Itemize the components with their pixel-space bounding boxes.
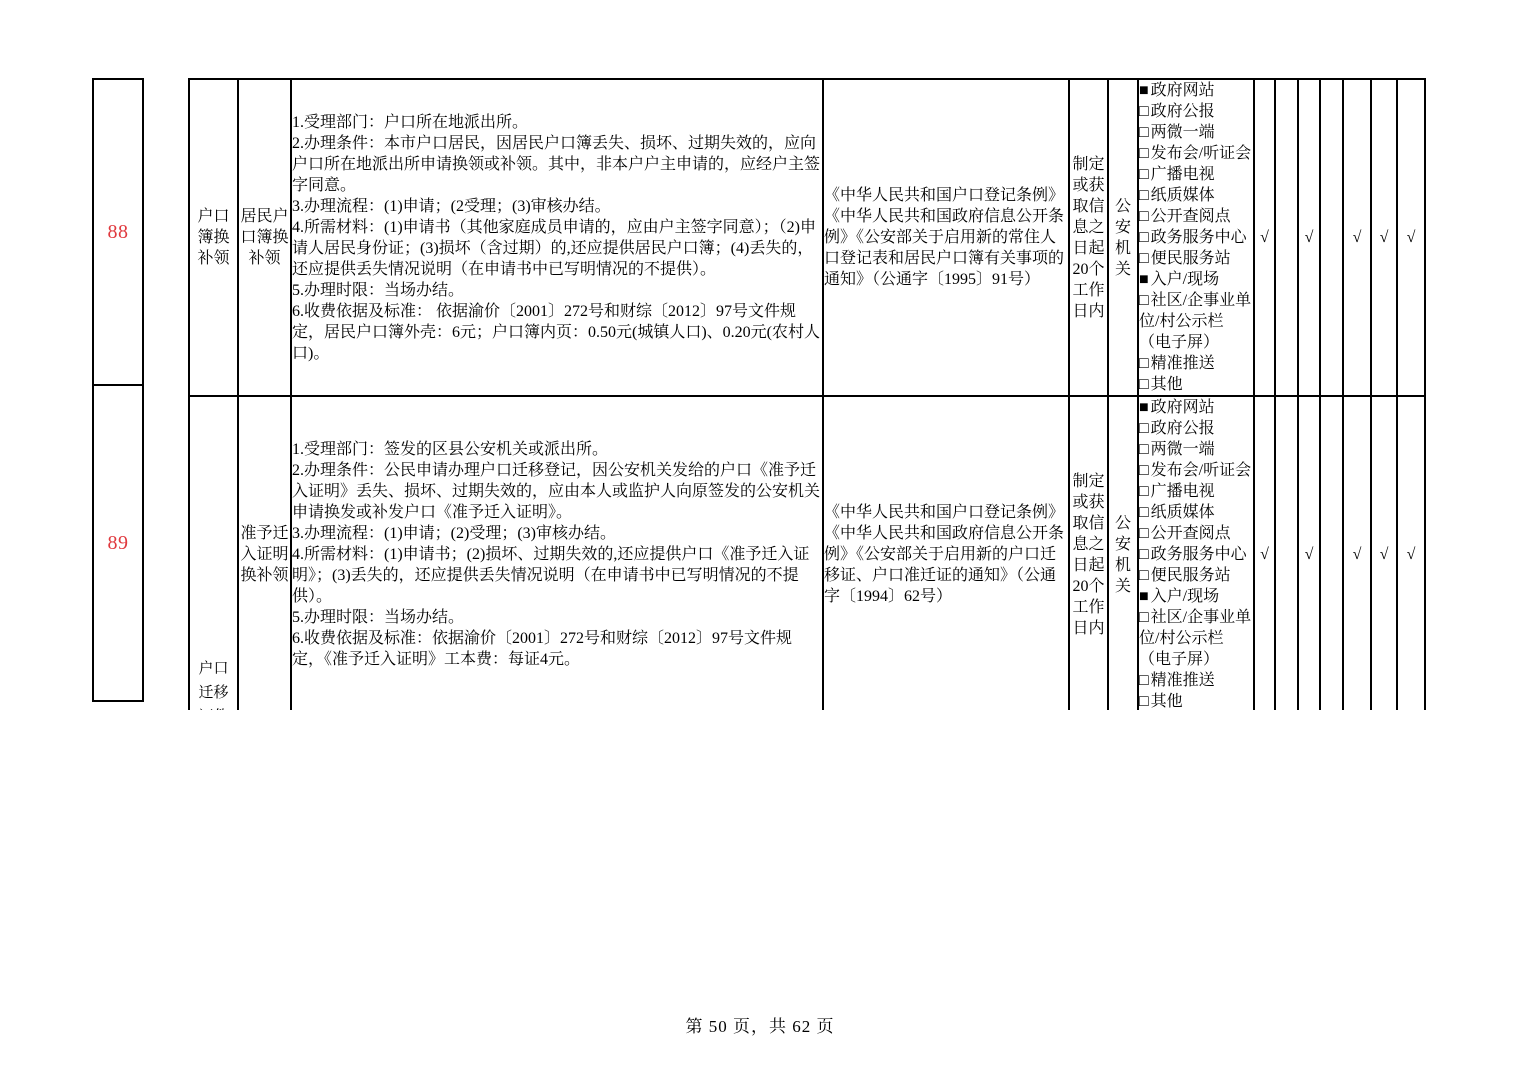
checkbox-unchecked-icon: □ bbox=[1139, 525, 1149, 542]
channel-item: □精准推送 bbox=[1139, 670, 1253, 691]
agency-cell: 公安机关 bbox=[1108, 396, 1138, 710]
procedure-line: 2.办理条件：本市户口居民，因居民户口簿丢失、损坏、过期失效的，应向户口所在地派… bbox=[292, 133, 822, 196]
procedure-line: 1.受理部门：户口所在地派出所。 bbox=[292, 112, 822, 133]
channel-label: 社区/企事业单位/村公示栏（电子屏） bbox=[1139, 609, 1251, 668]
checkbox-unchecked-icon: □ bbox=[1139, 103, 1149, 120]
channel-label: 政府网站 bbox=[1151, 399, 1215, 416]
page-footer: 第 50 页，共 62 页 bbox=[0, 1012, 1520, 1037]
procedure-line: 2.办理条件：公民申请办理户口迁移登记，因公安机关发给的户口《准予迁入证明》丢失… bbox=[292, 460, 822, 523]
checkmark-cell bbox=[1275, 79, 1298, 396]
channels-cell: ■政府网站□政府公报□两微一端□发布会/听证会□广播电视□纸质媒体□公开查阅点□… bbox=[1138, 79, 1254, 396]
channel-label: 发布会/听证会 bbox=[1151, 145, 1251, 162]
channel-item: □社区/企事业单位/村公示栏（电子屏） bbox=[1139, 607, 1253, 670]
procedure-cell: 1.受理部门：签发的区县公安机关或派出所。2.办理条件：公民申请办理户口迁移登记… bbox=[291, 396, 823, 710]
checkbox-checked-icon: ■ bbox=[1139, 271, 1149, 288]
channel-item: □便民服务站 bbox=[1139, 565, 1253, 586]
channel-label: 政府网站 bbox=[1151, 82, 1215, 99]
subcategory-cell: 居民户口簿换补领 bbox=[238, 79, 291, 396]
checkbox-unchecked-icon: □ bbox=[1139, 229, 1149, 246]
checkmark-cell: √ bbox=[1343, 396, 1371, 710]
checkbox-unchecked-icon: □ bbox=[1139, 567, 1149, 584]
checkmark-cell: √ bbox=[1298, 396, 1320, 710]
channel-label: 两微一端 bbox=[1151, 124, 1215, 141]
service-table-wrap: 户口簿换补领 居民户口簿换补领 1.受理部门：户口所在地派出所。2.办理条件：本… bbox=[188, 78, 1428, 710]
checkmark-cell: √ bbox=[1397, 79, 1425, 396]
checkbox-unchecked-icon: □ bbox=[1139, 483, 1149, 500]
checkbox-unchecked-icon: □ bbox=[1139, 504, 1149, 521]
row-number-column: 88 89 bbox=[92, 78, 144, 702]
checkbox-unchecked-icon: □ bbox=[1139, 124, 1149, 141]
channel-label: 政府公报 bbox=[1151, 420, 1215, 437]
channel-label: 其他 bbox=[1151, 693, 1183, 710]
channel-item: □便民服务站 bbox=[1139, 248, 1253, 269]
channel-item: ■入户/现场 bbox=[1139, 269, 1253, 290]
procedure-line: 1.受理部门：签发的区县公安机关或派出所。 bbox=[292, 439, 822, 460]
checkbox-unchecked-icon: □ bbox=[1139, 672, 1149, 689]
channel-label: 政务服务中心 bbox=[1151, 546, 1247, 563]
checkbox-checked-icon: ■ bbox=[1139, 82, 1149, 99]
channel-item: □政务服务中心 bbox=[1139, 544, 1253, 565]
checkbox-unchecked-icon: □ bbox=[1139, 441, 1149, 458]
procedure-line: 5.办理时限：当场办结。 bbox=[292, 280, 822, 301]
checkmark-cell: √ bbox=[1254, 79, 1275, 396]
checkbox-unchecked-icon: □ bbox=[1139, 462, 1149, 479]
procedure-cell: 1.受理部门：户口所在地派出所。2.办理条件：本市户口居民，因居民户口簿丢失、损… bbox=[291, 79, 823, 396]
channel-item: □纸质媒体 bbox=[1139, 502, 1253, 523]
checkbox-unchecked-icon: □ bbox=[1139, 693, 1149, 710]
channel-label: 纸质媒体 bbox=[1151, 504, 1215, 521]
channel-item: □政府公报 bbox=[1139, 101, 1253, 122]
row-number: 88 bbox=[94, 80, 142, 386]
agency-cell: 公安机关 bbox=[1108, 79, 1138, 396]
channel-item: □公开查阅点 bbox=[1139, 206, 1253, 227]
channel-label: 纸质媒体 bbox=[1151, 187, 1215, 204]
channel-label: 便民服务站 bbox=[1151, 567, 1231, 584]
channel-item: □政府公报 bbox=[1139, 418, 1253, 439]
checkbox-unchecked-icon: □ bbox=[1139, 376, 1149, 393]
checkmark-cell: √ bbox=[1254, 396, 1275, 710]
category-cell: 户口簿换补领 bbox=[189, 79, 238, 396]
category-cell: 户口迁移证件 bbox=[189, 396, 238, 710]
channel-item: □两微一端 bbox=[1139, 439, 1253, 460]
document-page: 88 89 户口簿换补领 居民户口簿换补领 1.受理部门：户口所在地派出所。2.… bbox=[0, 0, 1520, 1074]
legal-basis-cell: 《中华人民共和国户口登记条例》《中华人民共和国政府信息公开条例》《公安部关于启用… bbox=[823, 396, 1069, 710]
channel-item: ■政府网站 bbox=[1139, 397, 1253, 418]
procedure-line: 3.办理流程：(1)申请；(2受理；(3)审核办结。 bbox=[292, 196, 822, 217]
row-number: 89 bbox=[94, 386, 142, 700]
checkbox-unchecked-icon: □ bbox=[1139, 546, 1149, 563]
channel-label: 入户/现场 bbox=[1151, 271, 1219, 288]
checkbox-unchecked-icon: □ bbox=[1139, 187, 1149, 204]
checkmark-cell: √ bbox=[1371, 396, 1397, 710]
channel-item: □纸质媒体 bbox=[1139, 185, 1253, 206]
legal-basis-cell: 《中华人民共和国户口登记条例》《中华人民共和国政府信息公开条例》《公安部关于启用… bbox=[823, 79, 1069, 396]
channel-label: 广播电视 bbox=[1151, 483, 1215, 500]
time-limit-cell: 制定或获取信息之日起20个工作日内 bbox=[1069, 396, 1108, 710]
procedure-line: 6.收费依据及标准：依据渝价〔2001〕272号和财综〔2012〕97号文件规定… bbox=[292, 628, 822, 670]
channel-item: □其他 bbox=[1139, 374, 1253, 395]
channel-item: ■政府网站 bbox=[1139, 80, 1253, 101]
checkmark-cell: √ bbox=[1298, 79, 1320, 396]
channel-label: 政务服务中心 bbox=[1151, 229, 1247, 246]
subcategory-cell: 准予迁入证明换补领 bbox=[238, 396, 291, 710]
checkbox-unchecked-icon: □ bbox=[1139, 355, 1149, 372]
checkmark-cell bbox=[1275, 396, 1298, 710]
procedure-line: 4.所需材料：(1)申请书；(2)损坏、过期失效的,还应提供户口《准予迁入证明》… bbox=[292, 544, 822, 607]
checkmark-cell: √ bbox=[1371, 79, 1397, 396]
channel-item: □发布会/听证会 bbox=[1139, 143, 1253, 164]
procedure-line: 3.办理流程：(1)申请；(2)受理；(3)审核办结。 bbox=[292, 523, 822, 544]
table-row: 户口簿换补领 居民户口簿换补领 1.受理部门：户口所在地派出所。2.办理条件：本… bbox=[189, 79, 1425, 396]
channel-item: □其他 bbox=[1139, 691, 1253, 710]
checkbox-unchecked-icon: □ bbox=[1139, 250, 1149, 267]
channel-item: □广播电视 bbox=[1139, 164, 1253, 185]
checkbox-unchecked-icon: □ bbox=[1139, 420, 1149, 437]
checkbox-unchecked-icon: □ bbox=[1139, 166, 1149, 183]
channel-label: 便民服务站 bbox=[1151, 250, 1231, 267]
channel-label: 公开查阅点 bbox=[1151, 525, 1231, 542]
checkmark-cell bbox=[1320, 396, 1343, 710]
channel-item: □两微一端 bbox=[1139, 122, 1253, 143]
checkbox-unchecked-icon: □ bbox=[1139, 145, 1149, 162]
channel-item: □公开查阅点 bbox=[1139, 523, 1253, 544]
channel-label: 精准推送 bbox=[1151, 355, 1215, 372]
time-limit-cell: 制定或获取信息之日起20个工作日内 bbox=[1069, 79, 1108, 396]
procedure-line: 6.收费依据及标准： 依据渝价〔2001〕272号和财综〔2012〕97号文件规… bbox=[292, 301, 822, 364]
channel-label: 公开查阅点 bbox=[1151, 208, 1231, 225]
table-row: 户口迁移证件 准予迁入证明换补领 1.受理部门：签发的区县公安机关或派出所。2.… bbox=[189, 396, 1425, 710]
procedure-line: 5.办理时限：当场办结。 bbox=[292, 607, 822, 628]
checkmark-cell: √ bbox=[1397, 396, 1425, 710]
category-label: 户口迁移证件 bbox=[190, 657, 237, 710]
channel-label: 发布会/听证会 bbox=[1151, 462, 1251, 479]
channel-item: □社区/企事业单位/村公示栏（电子屏） bbox=[1139, 290, 1253, 353]
channel-label: 政府公报 bbox=[1151, 103, 1215, 120]
channel-label: 社区/企事业单位/村公示栏（电子屏） bbox=[1139, 292, 1251, 351]
checkmark-cell bbox=[1320, 79, 1343, 396]
checkbox-unchecked-icon: □ bbox=[1139, 208, 1149, 225]
channel-label: 其他 bbox=[1151, 376, 1183, 393]
channel-item: □广播电视 bbox=[1139, 481, 1253, 502]
checkbox-unchecked-icon: □ bbox=[1139, 609, 1149, 626]
procedure-line: 4.所需材料：(1)申请书（其他家庭成员申请的，应由户主签字同意）；（2)申请人… bbox=[292, 217, 822, 280]
checkbox-checked-icon: ■ bbox=[1139, 399, 1149, 416]
channel-label: 广播电视 bbox=[1151, 166, 1215, 183]
channels-cell: ■政府网站□政府公报□两微一端□发布会/听证会□广播电视□纸质媒体□公开查阅点□… bbox=[1138, 396, 1254, 710]
channel-label: 精准推送 bbox=[1151, 672, 1215, 689]
channel-label: 两微一端 bbox=[1151, 441, 1215, 458]
channel-item: □精准推送 bbox=[1139, 353, 1253, 374]
checkbox-unchecked-icon: □ bbox=[1139, 292, 1149, 309]
channel-item: □发布会/听证会 bbox=[1139, 460, 1253, 481]
channel-label: 入户/现场 bbox=[1151, 588, 1219, 605]
channel-item: □政务服务中心 bbox=[1139, 227, 1253, 248]
checkmark-cell: √ bbox=[1343, 79, 1371, 396]
checkbox-checked-icon: ■ bbox=[1139, 588, 1149, 605]
service-table: 户口簿换补领 居民户口簿换补领 1.受理部门：户口所在地派出所。2.办理条件：本… bbox=[188, 78, 1426, 710]
channel-item: ■入户/现场 bbox=[1139, 586, 1253, 607]
